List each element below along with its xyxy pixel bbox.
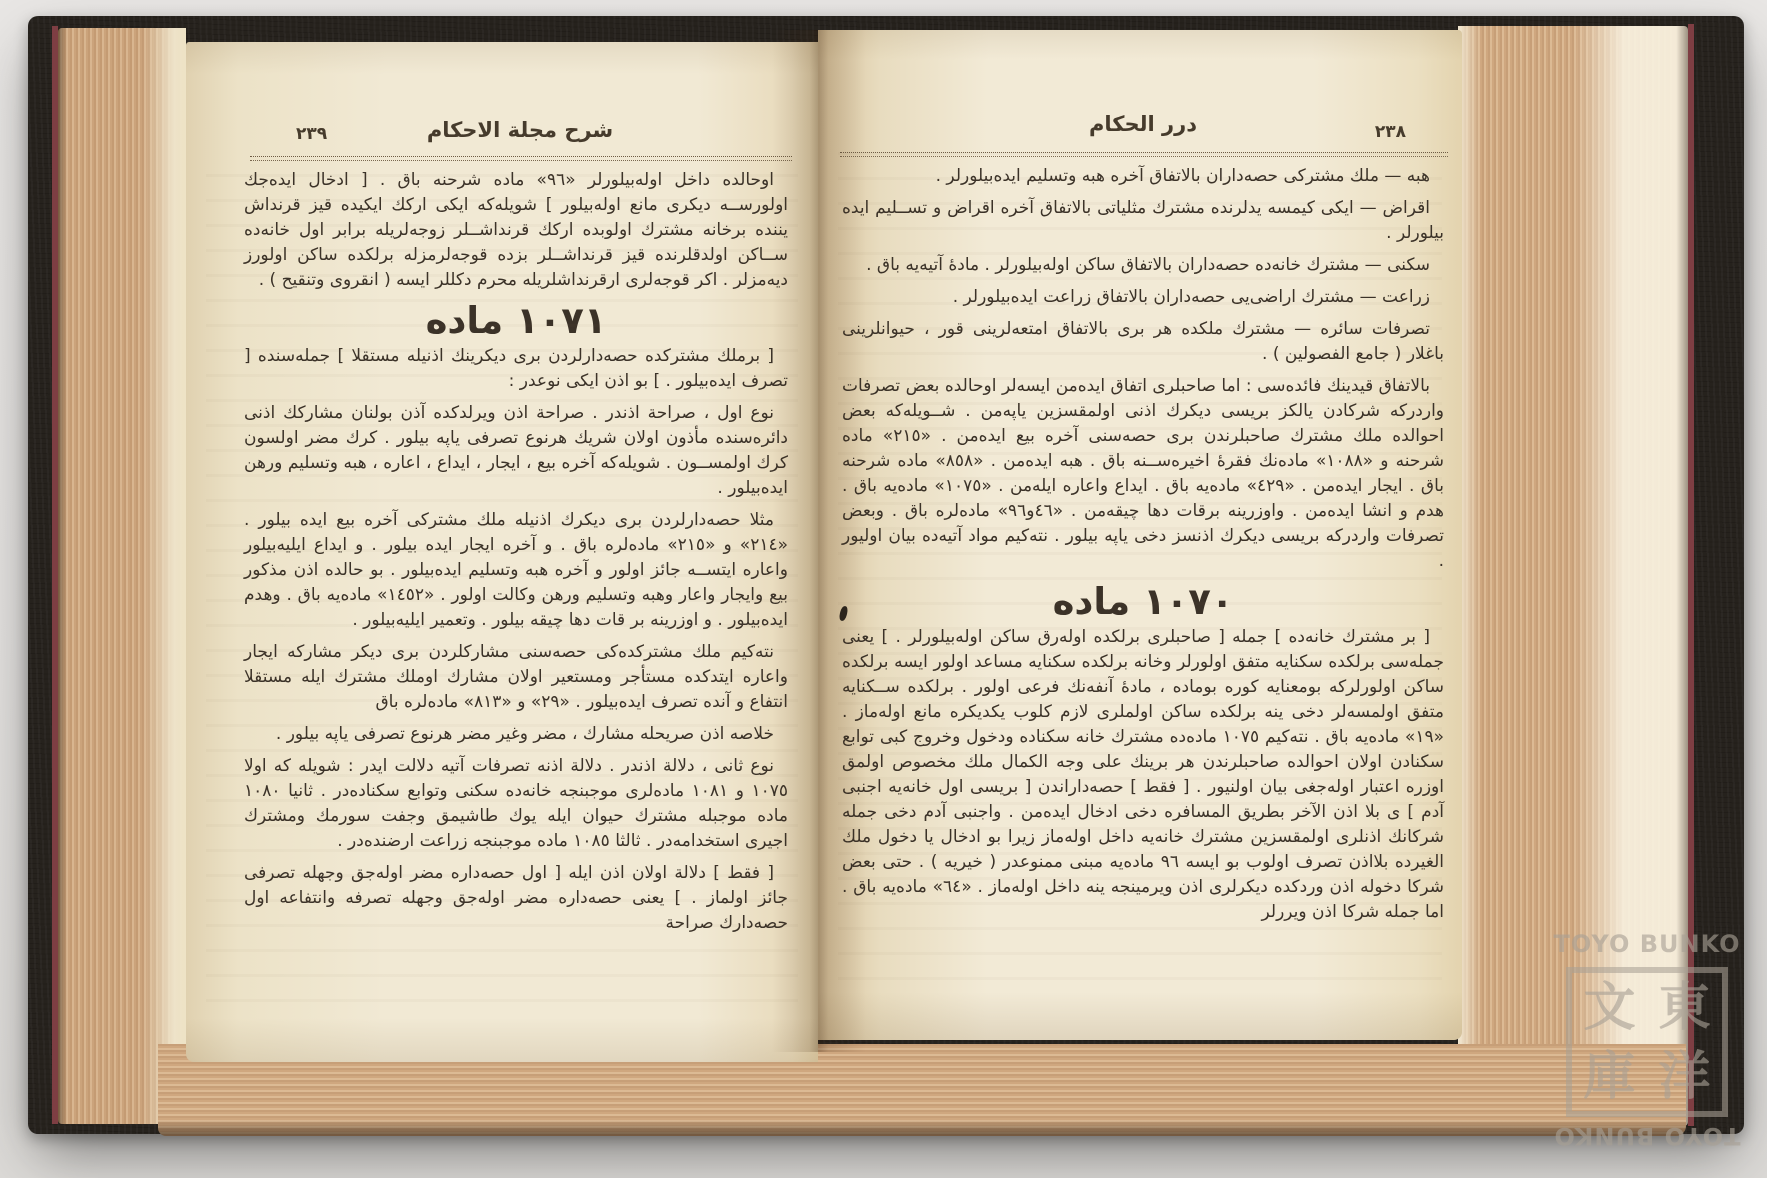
left-running-title: شرح مجلة الاحكام [252, 118, 788, 142]
paragraph: خلاصه اذن صريحله مشارك ، مضر وغير مضر هر… [244, 722, 788, 747]
page-edges-left [58, 28, 186, 1124]
right-page-number: ٢٣٨ [1375, 122, 1406, 142]
article-heading: ١٠٧٠ ماده [842, 589, 1444, 614]
article-heading: ١٠٧١ ماده [244, 308, 788, 333]
paragraph: بالاتفاق قيدينك فائده‌سى : اما صاحبلرى ا… [842, 374, 1444, 574]
paragraph: تصرفات سائره — مشترك ملكده هر برى بالاتف… [842, 317, 1444, 367]
left-page: ٢٣٩ شرح مجلة الاحكام اوحالده داخل اوله‌ب… [186, 42, 818, 1062]
paragraph: اوحالده داخل اوله‌بيلورلر «٩٦» ماده شرحن… [244, 168, 788, 293]
paragraph: سكنى — مشترك خانه‌ده حصه‌داران بالاتفاق … [842, 253, 1444, 278]
right-running-title: درر الحكام [842, 112, 1444, 136]
paragraph: نته‌كيم ملك مشتركده‌كى حصه‌سنى مشاركلردن… [244, 640, 788, 715]
book: ٢٣٩ شرح مجلة الاحكام اوحالده داخل اوله‌ب… [28, 16, 1744, 1134]
paragraph: نوع اول ، صراحة اذندر . صراحة اذن ويرلدك… [244, 401, 788, 501]
cover-inner-line-right [1688, 24, 1694, 1126]
right-page-header: درر الحكام ٢٣٨ [842, 112, 1444, 144]
paragraph: نوع ثانى ، دلالة اذندر . دلالة اذنه تصرف… [244, 754, 788, 854]
left-page-header: ٢٣٩ شرح مجلة الاحكام [252, 118, 788, 150]
paragraph: [ فقط ] دلالة اولان اذن ايله [ اول حصه‌د… [244, 861, 788, 936]
right-header-rule [840, 152, 1448, 157]
paragraph: مثلا حصه‌دارلردن برى ديكرك اذنيله ملك مش… [244, 508, 788, 633]
left-header-rule [250, 156, 792, 161]
right-page-body: هبه — ملك مشتركى حصه‌داران بالاتفاق آخره… [842, 164, 1444, 980]
paragraph: هبه — ملك مشتركى حصه‌داران بالاتفاق آخره… [842, 164, 1444, 189]
paragraph: [ برملك مشتركده حصه‌دارلردن برى ديكرينك … [244, 344, 788, 394]
paragraph: اقراض — ايكى كيمسه يدلرنده مشترك مثلياتى… [842, 196, 1444, 246]
paragraph: [ بر مشترك خانه‌ده ] جمله [ صاحبلرى برلك… [842, 625, 1444, 925]
right-page: درر الحكام ٢٣٨ هبه — ملك مشتركى حصه‌دارا… [818, 30, 1462, 1040]
page-edges-right [1458, 26, 1688, 1126]
left-page-body: اوحالده داخل اوله‌بيلورلر «٩٦» ماده شرحن… [244, 168, 788, 1002]
paragraph: زراعت — مشترك اراضى‌يى حصه‌داران بالاتفا… [842, 285, 1444, 310]
